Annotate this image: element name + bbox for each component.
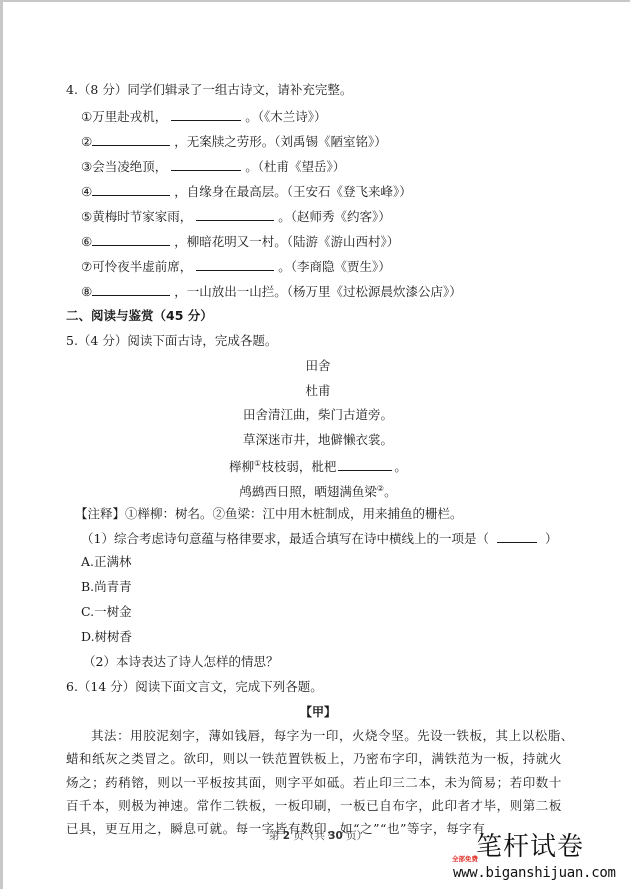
item-text-after: 。（杜甫《望岳》） bbox=[245, 159, 345, 174]
poem-text: 枝枝弱，枇杷 bbox=[261, 459, 336, 474]
question-6-title: 6.（14 分）阅读下面文言文，完成下列各题。 bbox=[66, 679, 323, 695]
poem-text: 鸬鹚西日照，晒翅满鱼梁 bbox=[239, 484, 377, 499]
poem-text: 。 bbox=[394, 459, 407, 474]
answer-blank[interactable] bbox=[196, 207, 274, 221]
section-title: 二、阅读与鉴赏（45 分） bbox=[66, 308, 213, 324]
watermark-free-tag: 全部免费 bbox=[452, 854, 478, 863]
item-number: ③ bbox=[81, 159, 92, 174]
answer-blank[interactable] bbox=[92, 132, 170, 146]
item-text-after: ，无案牍之劳形。（刘禹锡《陋室铭》） bbox=[174, 134, 387, 149]
option-a[interactable]: A.正满林 bbox=[81, 554, 132, 570]
poem-author: 杜甫 bbox=[3, 383, 630, 399]
choice-blank[interactable] bbox=[497, 529, 537, 543]
footer-text: 页（共 bbox=[293, 830, 325, 842]
document-page: 4.（8 分）同学们辑录了一组古诗文，请补充完整。 ①万里赴戎机，。（《木兰诗》… bbox=[0, 0, 630, 889]
item-text-after: ，自缘身在最高层。（王安石《登飞来峰》） bbox=[174, 184, 412, 199]
question-text: （1）综合考虑诗句意蕴与格律要求，最适合填写在诗中横线上的一项是（ bbox=[81, 531, 489, 546]
poem-line-1: 田舍清江曲，柴门古道旁。 bbox=[3, 407, 630, 423]
option-c[interactable]: C.一树金 bbox=[81, 604, 132, 620]
poem-blank[interactable] bbox=[338, 457, 392, 471]
poem-annotation: 【注释】①榉柳：树名。②鱼梁：江中用木桩制成，用来捕鱼的栅栏。 bbox=[75, 506, 463, 522]
q4-item-1: ①万里赴戎机，。（《木兰诗》） bbox=[81, 107, 327, 125]
item-number: ④ bbox=[81, 184, 92, 199]
footer-text: 第 bbox=[269, 830, 280, 842]
footnote-marker: ② bbox=[377, 484, 384, 493]
poem-text: 。 bbox=[384, 484, 397, 499]
item-text-after: 。（赵师秀《约客》） bbox=[278, 209, 391, 224]
answer-blank[interactable] bbox=[171, 157, 241, 171]
footer-text: 页） bbox=[346, 830, 367, 842]
item-text-before: 会当凌绝顶， bbox=[92, 159, 167, 174]
item-number: ⑤ bbox=[81, 209, 92, 224]
item-number: ⑥ bbox=[81, 234, 92, 249]
item-number: ⑧ bbox=[81, 284, 92, 299]
item-number: ① bbox=[81, 109, 92, 124]
current-page-number: 2 bbox=[283, 830, 290, 842]
answer-blank[interactable] bbox=[92, 182, 170, 196]
answer-blank[interactable] bbox=[92, 282, 170, 296]
item-text-before: 黄梅时节家家雨， bbox=[92, 209, 192, 224]
watermark-title: 笔杆试卷 bbox=[476, 832, 584, 862]
watermark-logo: 笔杆试卷 全部免费 www.biganshijuan.com bbox=[450, 832, 630, 888]
q4-item-7: ⑦可怜夜半虚前席，。（李商隐《贾生》） bbox=[81, 257, 391, 275]
item-text-after: ，柳暗花明又一村。（陆游《游山西村》） bbox=[174, 234, 399, 249]
q4-item-2: ②，无案牍之劳形。（刘禹锡《陋室铭》） bbox=[81, 132, 387, 150]
poem-line-4: 鸬鹚西日照，晒翅满鱼梁②。 bbox=[3, 481, 630, 500]
passage-label: 【甲】 bbox=[3, 704, 630, 720]
q4-item-4: ④，自缘身在最高层。（王安石《登飞来峰》） bbox=[81, 182, 412, 200]
item-text-before: 万里赴戎机， bbox=[92, 109, 167, 124]
item-text-after: ，一山放出一山拦。（杨万里《过松源晨炊漆公店》） bbox=[174, 284, 462, 299]
q4-item-3: ③会当凌绝顶，。（杜甫《望岳》） bbox=[81, 157, 345, 175]
q4-item-8: ⑧，一山放出一山拦。（杨万里《过松源晨炊漆公店》） bbox=[81, 282, 462, 300]
poem-line-2: 草深迷市井，地僻懒衣裳。 bbox=[3, 432, 630, 448]
option-d[interactable]: D.树树香 bbox=[81, 629, 132, 645]
poem-text: 榉柳 bbox=[229, 459, 254, 474]
question-text: ） bbox=[545, 531, 558, 546]
item-number: ② bbox=[81, 134, 92, 149]
item-number: ⑦ bbox=[81, 259, 92, 274]
q5-sub2-question: （2）本诗表达了诗人怎样的情思？ bbox=[83, 654, 278, 670]
item-text-before: 可怜夜半虚前席， bbox=[92, 259, 192, 274]
option-b[interactable]: B.尚青青 bbox=[81, 579, 132, 595]
q4-item-5: ⑤黄梅时节家家雨，。（赵师秀《约客》） bbox=[81, 207, 391, 225]
question-4-title: 4.（8 分）同学们辑录了一组古诗文，请补充完整。 bbox=[66, 82, 352, 98]
q5-sub1-question: （1）综合考虑诗句意蕴与格律要求，最适合填写在诗中横线上的一项是（） bbox=[81, 529, 557, 547]
answer-blank[interactable] bbox=[92, 232, 170, 246]
total-page-count: 30 bbox=[328, 830, 343, 842]
poem-title: 田舍 bbox=[3, 358, 630, 374]
classical-passage: 其法：用胶泥刻字，薄如钱唇，每字为一印，火烧令坚。先设一铁板，其上以松脂、蜡和纸… bbox=[66, 724, 574, 840]
answer-blank[interactable] bbox=[196, 257, 274, 271]
q4-item-6: ⑥，柳暗花明又一村。（陆游《游山西村》） bbox=[81, 232, 399, 250]
answer-blank[interactable] bbox=[171, 107, 241, 121]
item-text-after: 。（李商隐《贾生》） bbox=[278, 259, 391, 274]
watermark-url: www.biganshijuan.com bbox=[453, 865, 616, 881]
item-text-after: 。（《木兰诗》） bbox=[245, 109, 326, 124]
poem-line-3: 榉柳①枝枝弱，枇杷。 bbox=[3, 456, 630, 475]
question-5-title: 5.（4 分）阅读下面古诗，完成各题。 bbox=[66, 333, 277, 349]
